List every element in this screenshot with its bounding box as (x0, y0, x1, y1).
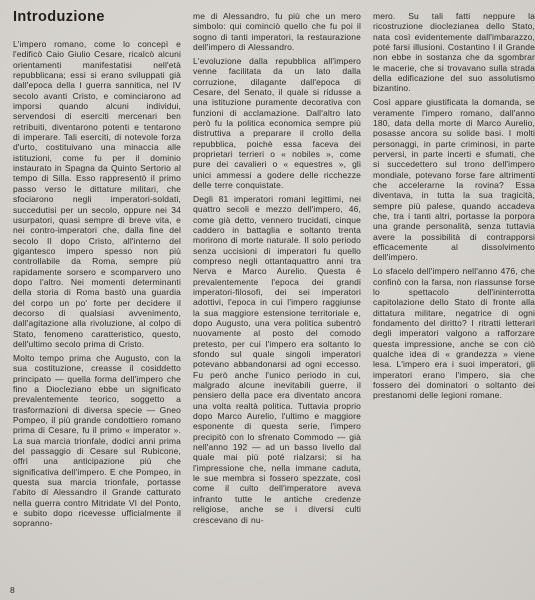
page-title: Introduzione (13, 9, 181, 25)
paragraph-evoluzione: L'evoluzione dalla repubblica all'impero… (193, 56, 361, 190)
paragraph-pompeo: Molto tempo prima che Augusto, con la su… (13, 353, 181, 529)
column-1: Introduzione L'impero romano, come lo co… (13, 9, 181, 532)
paragraph-sfacelo: Lo sfacelo dell'impero nell'anno 476, ch… (373, 266, 535, 400)
paragraph-ricostruzione: mero. Su tali fatti neppure la ricostruz… (373, 11, 535, 94)
column-3: mero. Su tali fatti neppure la ricostruz… (373, 9, 535, 532)
column-2: me di Alessandro, fu più che un mero sim… (193, 9, 361, 532)
paragraph-intro-empire: L'impero romano, come lo concepì e l'edi… (13, 39, 181, 349)
text-columns: Introduzione L'impero romano, come lo co… (13, 9, 530, 532)
paragraph-domanda: Così appare giustificata la domanda, se … (373, 97, 535, 263)
page-number: 8 (10, 585, 15, 595)
paragraph-alessandro: me di Alessandro, fu più che un mero sim… (193, 11, 361, 52)
book-page: Introduzione L'impero romano, come lo co… (0, 0, 535, 600)
paragraph-imperatori: Degli 81 imperatori romani legittimi, ne… (193, 194, 361, 525)
